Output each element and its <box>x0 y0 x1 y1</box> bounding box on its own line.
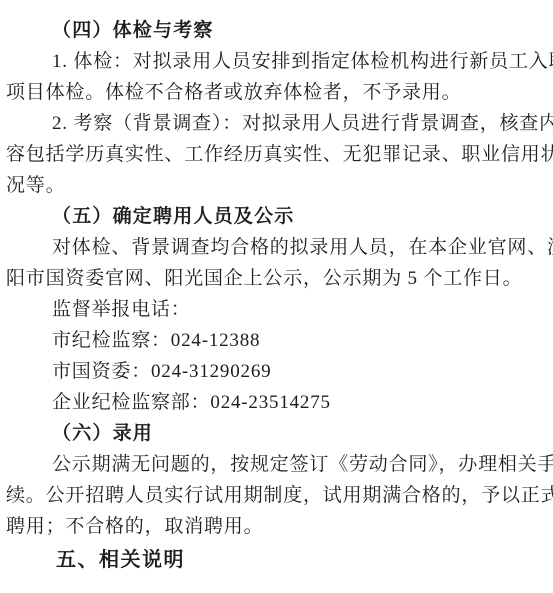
paragraph-line: 聘用；不合格的，取消聘用。 <box>0 511 553 542</box>
paragraph-line: 对体检、背景调查均合格的拟录用人员，在本企业官网、沈 <box>0 232 553 263</box>
paragraph-line: 企业纪检监察部：024-23514275 <box>0 387 553 418</box>
paragraph-line: 监督举报电话： <box>0 294 553 325</box>
paragraph-line: 阳市国资委官网、阳光国企上公示，公示期为 5 个工作日。 <box>0 263 553 294</box>
section-heading: （六）录用 <box>0 418 553 449</box>
paragraph-line: 容包括学历真实性、工作经历真实性、无犯罪记录、职业信用状 <box>0 139 553 170</box>
paragraph-line: 公示期满无问题的，按规定签订《劳动合同》，办理相关手 <box>0 449 553 480</box>
paragraph-line: 况等。 <box>0 170 553 201</box>
paragraph-line: 市纪检监察：024-12388 <box>0 325 553 356</box>
document-page: （四）体检与考察1. 体检：对拟录用人员安排到指定体检机构进行新员工入职项目体检… <box>0 0 553 593</box>
major-heading: 五、相关说明 <box>0 545 553 576</box>
paragraph-line: 项目体检。体检不合格者或放弃体检者，不予录用。 <box>0 77 553 108</box>
paragraph-line: 1. 体检：对拟录用人员安排到指定体检机构进行新员工入职 <box>0 46 553 77</box>
paragraph-line: 市国资委：024-31290269 <box>0 356 553 387</box>
document-content: （四）体检与考察1. 体检：对拟录用人员安排到指定体检机构进行新员工入职项目体检… <box>0 0 553 576</box>
section-heading: （五）确定聘用人员及公示 <box>0 201 553 232</box>
section-heading: （四）体检与考察 <box>0 15 553 46</box>
paragraph-line: 2. 考察（背景调查）：对拟录用人员进行背景调查，核查内 <box>0 108 553 139</box>
paragraph-line: 续。公开招聘人员实行试用期制度，试用期满合格的，予以正式 <box>0 480 553 511</box>
